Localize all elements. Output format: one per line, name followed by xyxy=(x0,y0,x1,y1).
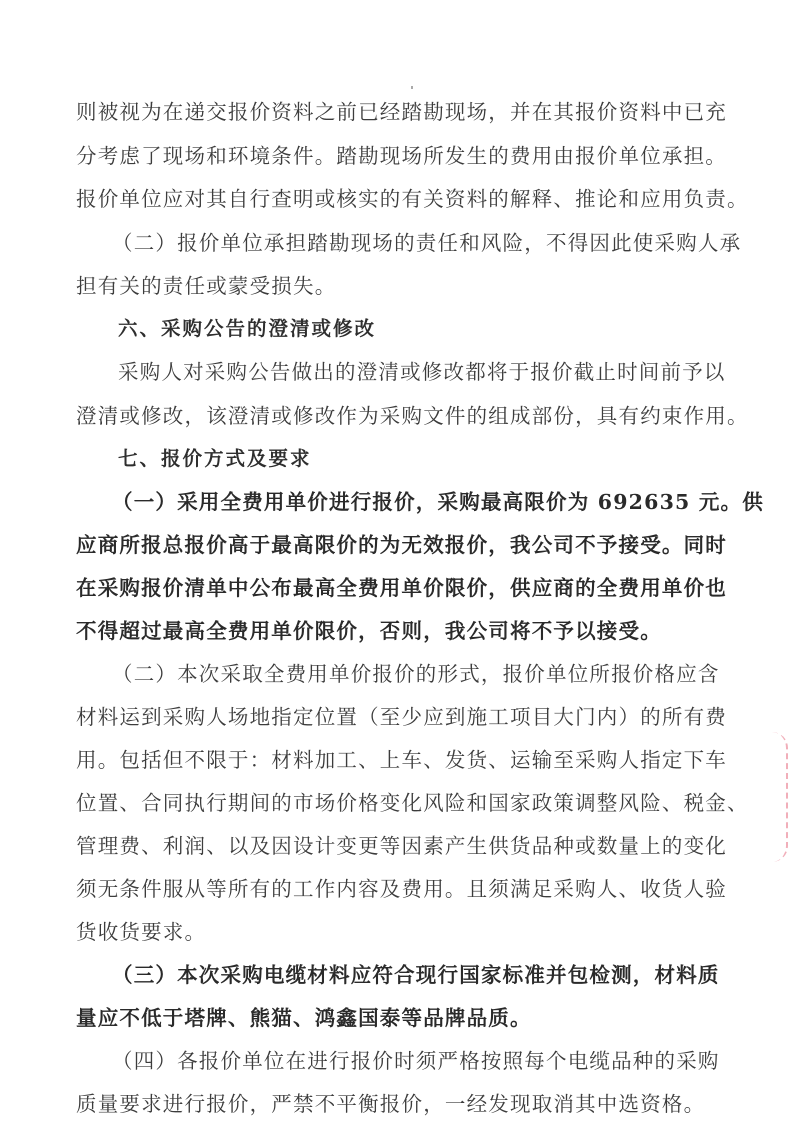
bold-paragraph-line: 应商所报总报价高于最高限价的为无效报价，我公司不予接受。同时 xyxy=(76,531,727,559)
bold-paragraph-line: 量应不低于塔牌、熊猫、鸿鑫国泰等品牌品质。 xyxy=(76,1004,532,1032)
paragraph-line: 位置、合同执行期间的市场价格变化风险和国家政策调整风险、税金、 xyxy=(76,789,749,817)
bold-paragraph-line: 不得超过最高全费用单价限价，否则，我公司将不予以接受。 xyxy=(76,617,662,645)
document-page: 则被视为在递交报价资料之前已经踏勘现场，并在其报价资料中已充 分考虑了现场和环境… xyxy=(0,0,794,1123)
paragraph-line: 采购人对采购公告做出的澄清或修改都将于报价截止时间前予以 xyxy=(118,358,726,386)
section-heading-7: 七、报价方式及要求 xyxy=(118,445,312,473)
paragraph-line: 则被视为在递交报价资料之前已经踏勘现场，并在其报价资料中已充 xyxy=(76,98,727,126)
scan-speck xyxy=(411,86,413,89)
red-seal-stamp-edge xyxy=(772,732,788,862)
paragraph-line: （二）本次采取全费用单价报价的形式，报价单位所报价格应含 xyxy=(112,660,720,688)
bold-paragraph-line: （一）采用全费用单价进行报价，采购最高限价为 692635 元。供 xyxy=(112,488,764,516)
section-heading-6: 六、采购公告的澄清或修改 xyxy=(118,315,376,343)
paragraph-line: 质量要求进行报价，严禁不平衡报价，一经发现取消其中选资格。 xyxy=(76,1090,705,1118)
paragraph-line: 用。包括但不限于：材料加工、上车、发货、运输至采购人指定下车 xyxy=(76,746,727,774)
bold-paragraph-line: 在采购报价清单中公布最高全费用单价限价，供应商的全费用单价也 xyxy=(76,574,727,602)
paragraph-line: 管理费、利润、以及因设计变更等因素产生供货品种或数量上的变化 xyxy=(76,832,727,860)
paragraph-line: 货收货要求。 xyxy=(76,918,206,946)
paragraph-line: （二）报价单位承担踏勘现场的责任和风险，不得因此使采购人承 xyxy=(112,229,741,257)
paragraph-line: 澄清或修改，该澄清或修改作为采购文件的组成部份，具有约束作用。 xyxy=(76,402,749,430)
paragraph-line: 须无条件服从等所有的工作内容及费用。且须满足采购人、收货人验 xyxy=(76,875,727,903)
paragraph-line: 报价单位应对其自行查明或核实的有关资料的解释、推论和应用负责。 xyxy=(76,185,749,213)
paragraph-line: 分考虑了现场和环境条件。踏勘现场所发生的费用由报价单位承担。 xyxy=(76,142,727,170)
bold-paragraph-line: （三）本次采购电缆材料应符合现行国家标准并包检测，材料质 xyxy=(112,961,720,989)
paragraph-line: 担有关的责任或蒙受损失。 xyxy=(76,272,336,300)
paragraph-line: 材料运到采购人场地指定位置（至少应到施工项目大门内）的所有费 xyxy=(76,703,727,731)
paragraph-line: （四）各报价单位在进行报价时须严格按照每个电缆品种的采购 xyxy=(112,1047,720,1075)
